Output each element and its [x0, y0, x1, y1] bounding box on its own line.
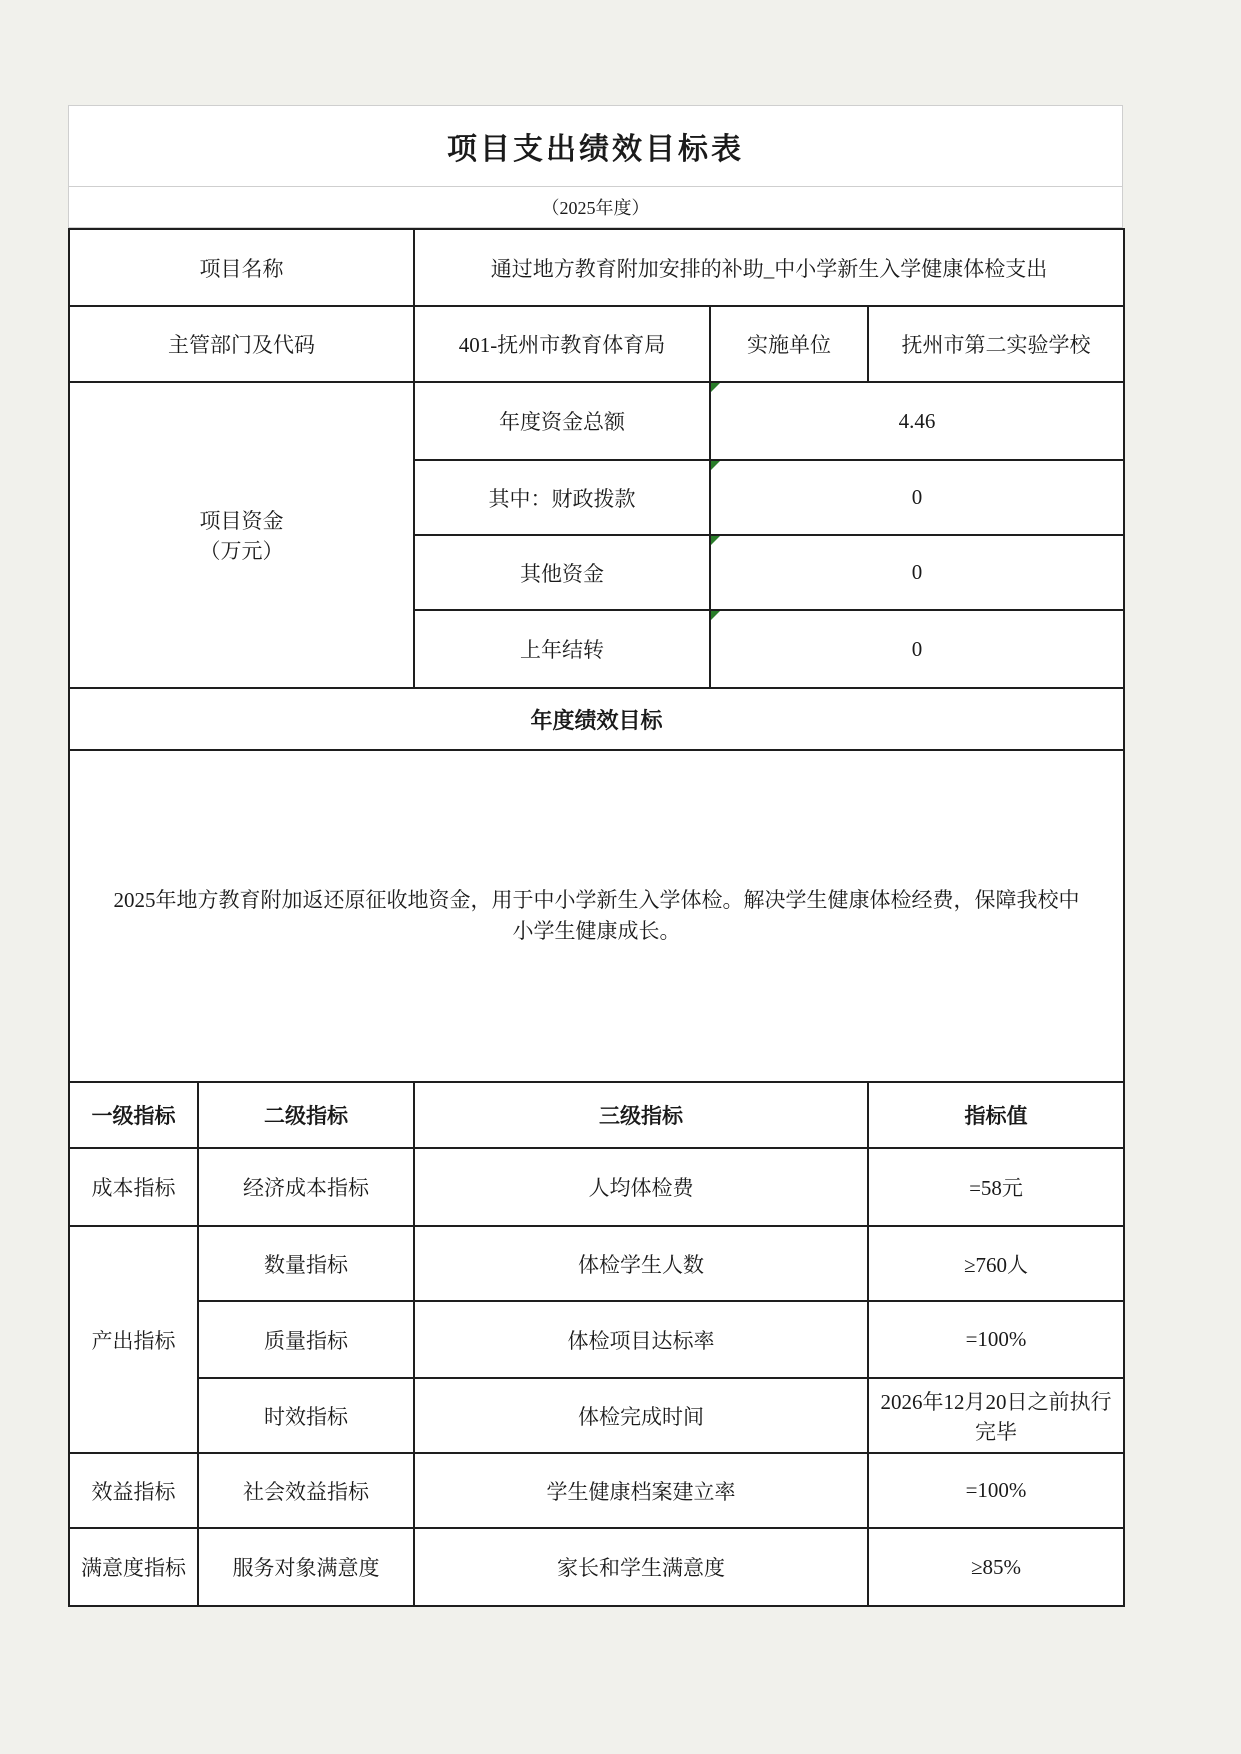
project-name-value-cell: 通过地方教育附加安排的补助_中小学新生入学健康体检支出: [414, 229, 1124, 306]
level2-cell: 经济成本指标: [198, 1148, 414, 1226]
level3-cell: 体检完成时间: [414, 1378, 868, 1453]
annual-goal-text: 2025年地方教育附加返还原征收地资金，用于中小学新生入学体检。解决学生健康体检…: [109, 885, 1084, 947]
header-level1-cell: 一级指标: [69, 1082, 198, 1148]
level2-cell: 服务对象满意度: [198, 1528, 414, 1606]
value-cell: =58元: [868, 1148, 1124, 1226]
performance-target-sheet: 项目支出绩效目标表 （2025年度） 项目名称 通过地方教育附加安排的补助_中小…: [68, 105, 1123, 1607]
value-cell: =100%: [868, 1453, 1124, 1528]
project-name-label-cell: 项目名称: [69, 229, 414, 306]
table-row: 主管部门及代码 401-抚州市教育体育局 实施单位 抚州市第二实验学校: [69, 306, 1124, 382]
fund-item-value: 4.46: [899, 409, 936, 433]
fund-item-value-cell: 4.46: [710, 382, 1124, 460]
dept-code-value-cell: 401-抚州市教育体育局: [414, 306, 710, 382]
level2-cell: 时效指标: [198, 1378, 414, 1453]
page-subtitle: （2025年度）: [542, 194, 650, 220]
corner-triangle-icon: [711, 461, 720, 470]
fund-item-label-cell: 年度资金总额: [414, 382, 710, 460]
annual-goal-header-cell: 年度绩效目标: [69, 688, 1124, 750]
table-row: 满意度指标 服务对象满意度 家长和学生满意度 ≥85%: [69, 1528, 1124, 1606]
table-row: 项目名称 通过地方教育附加安排的补助_中小学新生入学健康体检支出: [69, 229, 1124, 306]
page-title: 项目支出绩效目标表: [447, 124, 744, 168]
level3-cell: 家长和学生满意度: [414, 1528, 868, 1606]
value-cell: ≥760人: [868, 1226, 1124, 1301]
table-row: 产出指标 数量指标 体检学生人数 ≥760人: [69, 1226, 1124, 1301]
table-row: 效益指标 社会效益指标 学生健康档案建立率 =100%: [69, 1453, 1124, 1528]
fund-item-label-cell: 其他资金: [414, 535, 710, 610]
fund-item-value-cell: 0: [710, 460, 1124, 535]
table-row: 成本指标 经济成本指标 人均体检费 =58元: [69, 1148, 1124, 1226]
table-row: 年度绩效目标: [69, 688, 1124, 750]
header-level2-cell: 二级指标: [198, 1082, 414, 1148]
table-row: 2025年地方教育附加返还原征收地资金，用于中小学新生入学体检。解决学生健康体检…: [69, 750, 1124, 1082]
level1-cell: 满意度指标: [69, 1528, 198, 1606]
project-funds-label-cell: 项目资金 （万元）: [69, 382, 414, 688]
level2-cell: 质量指标: [198, 1301, 414, 1378]
annual-goal-text-cell: 2025年地方教育附加返还原征收地资金，用于中小学新生入学体检。解决学生健康体检…: [69, 750, 1124, 1082]
corner-triangle-icon: [711, 611, 720, 620]
fund-item-label-cell: 其中：财政拨款: [414, 460, 710, 535]
fund-item-value: 0: [912, 637, 923, 661]
impl-unit-value-cell: 抚州市第二实验学校: [868, 306, 1124, 382]
level1-cell: 效益指标: [69, 1453, 198, 1528]
value-cell: ≥85%: [868, 1528, 1124, 1606]
performance-target-table: 项目名称 通过地方教育附加安排的补助_中小学新生入学健康体检支出 主管部门及代码…: [68, 228, 1125, 1607]
subtitle-block: （2025年度）: [68, 187, 1123, 228]
level1-cell: 产出指标: [69, 1226, 198, 1453]
fund-item-label-cell: 上年结转: [414, 610, 710, 688]
fund-item-value: 0: [912, 485, 923, 509]
dept-code-label-cell: 主管部门及代码: [69, 306, 414, 382]
value-cell: 2026年12月20日之前执行完毕: [868, 1378, 1124, 1453]
corner-triangle-icon: [711, 383, 720, 392]
level2-cell: 社会效益指标: [198, 1453, 414, 1528]
title-block: 项目支出绩效目标表: [68, 105, 1123, 187]
fund-row: 项目资金 （万元） 年度资金总额 4.46: [69, 382, 1124, 460]
header-level3-cell: 三级指标: [414, 1082, 868, 1148]
level3-cell: 体检学生人数: [414, 1226, 868, 1301]
table-row: 时效指标 体检完成时间 2026年12月20日之前执行完毕: [69, 1378, 1124, 1453]
fund-item-value-cell: 0: [710, 610, 1124, 688]
header-value-cell: 指标值: [868, 1082, 1124, 1148]
fund-item-value: 0: [912, 560, 923, 584]
fund-item-value-cell: 0: [710, 535, 1124, 610]
level3-cell: 学生健康档案建立率: [414, 1453, 868, 1528]
level2-cell: 数量指标: [198, 1226, 414, 1301]
corner-triangle-icon: [711, 536, 720, 545]
value-cell: =100%: [868, 1301, 1124, 1378]
impl-unit-label-cell: 实施单位: [710, 306, 868, 382]
level3-cell: 体检项目达标率: [414, 1301, 868, 1378]
table-row: 质量指标 体检项目达标率 =100%: [69, 1301, 1124, 1378]
indicators-header-row: 一级指标 二级指标 三级指标 指标值: [69, 1082, 1124, 1148]
level3-cell: 人均体检费: [414, 1148, 868, 1226]
level1-cell: 成本指标: [69, 1148, 198, 1226]
